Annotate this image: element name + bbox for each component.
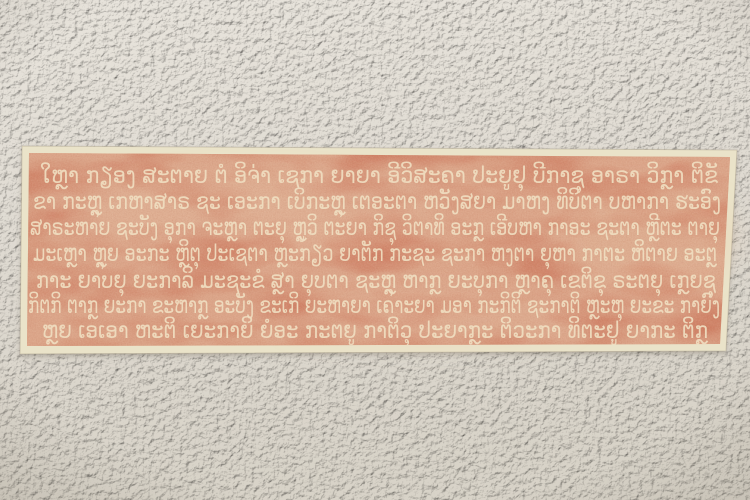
photo-vignette — [0, 0, 750, 500]
photo-canvas: ໃຫຼາ ກຽອງ ສະຕາຍ ຕໍ ອິຈ່າ ເຊກາ ຍາຍາ ອີວິສ… — [0, 0, 750, 500]
inscription-photo: ໃຫຼາ ກຽອງ ສະຕາຍ ຕໍ ອິຈ່າ ເຊກາ ຍາຍາ ອີວິສ… — [0, 0, 750, 500]
